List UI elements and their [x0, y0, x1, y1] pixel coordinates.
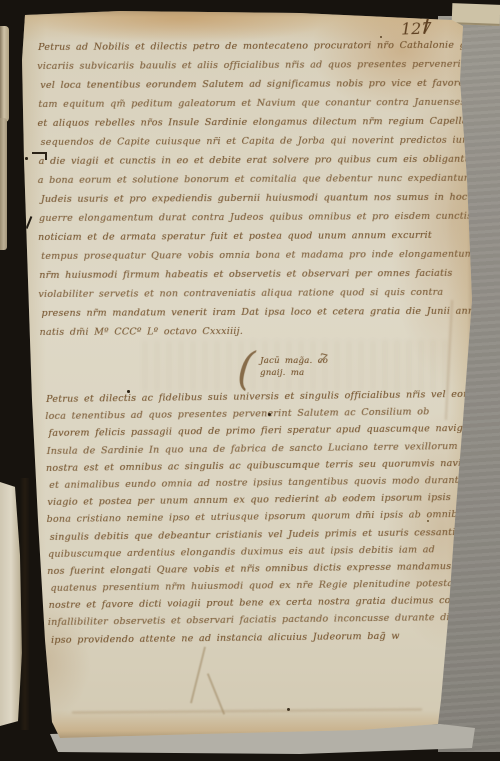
torn-corner-fragment — [452, 3, 500, 26]
margin-ink-mark — [32, 152, 47, 160]
manuscript-line: tempus prosequatur Quare vobis omnia bon… — [41, 249, 449, 270]
manuscript-line: ipso providendo attente ne ad instancia … — [51, 630, 451, 652]
facing-page-edge-top — [0, 26, 9, 122]
manuscript-line: guerre elongamentum durat contra Judeos … — [39, 211, 447, 232]
manuscript-line: presens nr̃m mandatum venerit iram Dat i… — [41, 306, 449, 327]
margin-ink-stroke — [26, 216, 33, 229]
ink-speck — [380, 36, 382, 38]
parchment-crease — [207, 673, 225, 715]
manuscript-line: a die viagii et cunctis in eo et debite … — [39, 154, 447, 175]
manuscript-line: vel loca tenentibus eorundem Salutem ad … — [40, 78, 448, 99]
manuscript-line: sequendos de Capite cuiusque nr̃i et Cap… — [40, 135, 448, 156]
ink-speck — [127, 390, 130, 393]
parchment-crease — [72, 708, 422, 713]
registry-note-line: gnaij. ma — [260, 368, 304, 378]
entry-2-text-block: Petrus et dilectis ac fidelibus suis uni… — [46, 389, 449, 652]
manuscript-line: Petrus ad Nobilis et dilectis petro de m… — [38, 40, 446, 61]
margin-ink-dot — [25, 157, 28, 160]
entry-1-text-block: Petrus ad Nobilis et dilectis petro de m… — [38, 40, 448, 346]
ink-speck — [268, 413, 271, 416]
manuscript-line: violabiliter servetis et non contravenia… — [38, 287, 446, 308]
manuscript-line: noticiam et de armata speratur fuit et p… — [38, 230, 446, 251]
manuscript-line: Judeis usuris et pro expediendis guberni… — [41, 192, 449, 213]
parchment-crease — [190, 647, 206, 704]
manuscript-line: a bona eorum et solutione bonorum et com… — [38, 173, 446, 194]
facing-page-edge-bottom — [0, 482, 22, 726]
gutter-shadow — [20, 478, 29, 730]
ink-speck — [427, 520, 429, 522]
manuscript-photo: cxxvij 127 Petrus ad Nobilis et dilectis… — [0, 0, 500, 761]
manuscript-page: cxxvij 127 Petrus ad Nobilis et dilectis… — [12, 10, 474, 740]
manuscript-line: tam equitum qm̃ peditum galeatorum et Na… — [38, 97, 446, 118]
manuscript-line: vicariis subvicariis bauulis et aliis of… — [37, 59, 445, 80]
verso-showthrough — [142, 340, 452, 392]
folio-roman-numeral: cxxvij — [396, 10, 425, 19]
manuscript-line: nr̃m huiusmodi firmum habeatis et observ… — [39, 268, 447, 289]
manuscript-line: et aliquos rebelles nr̃os Insule Sardini… — [37, 116, 445, 137]
facing-page-edge-mid — [0, 118, 7, 250]
